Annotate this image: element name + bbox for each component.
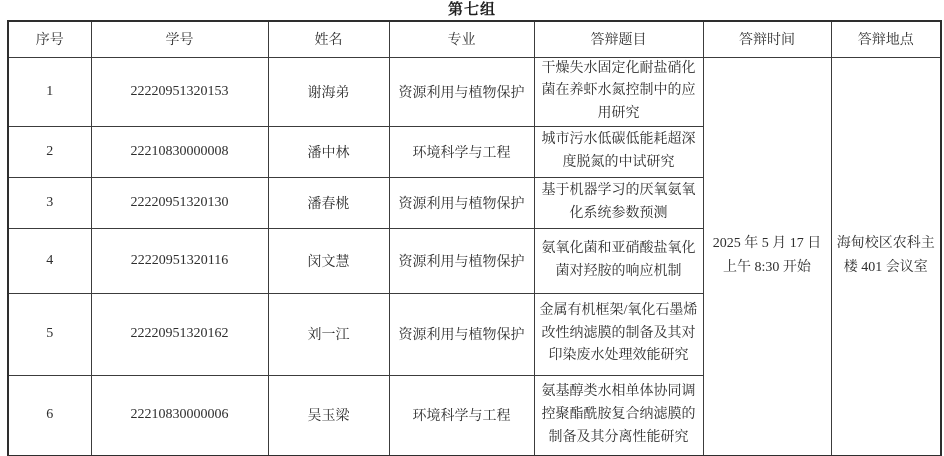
cell-no: 5 — [8, 293, 91, 375]
cell-topic: 基于机器学习的厌氧氨氧化系统参数预测 — [534, 177, 703, 228]
cell-student-id: 22210830000008 — [91, 126, 268, 177]
cell-student-id: 22220951320116 — [91, 228, 268, 293]
cell-no: 6 — [8, 375, 91, 456]
cell-student-id: 22210830000006 — [91, 375, 268, 456]
cell-no: 2 — [8, 126, 91, 177]
defense-schedule-table: 序号 学号 姓名 专业 答辩题目 答辩时间 答辩地点 1 22220951320… — [7, 20, 942, 456]
defense-time-cell: 2025 年 5 月 17 日 上午 8:30 开始 — [703, 57, 831, 456]
header-student-id: 学号 — [91, 21, 268, 57]
cell-topic: 金属有机框架/氧化石墨烯改性纳滤膜的制备及其对印染废水处理效能研究 — [534, 293, 703, 375]
header-topic: 答辩题目 — [534, 21, 703, 57]
cell-major: 环境科学与工程 — [389, 126, 534, 177]
cell-topic: 氨氧化菌和亚硝酸盐氧化菌对羟胺的响应机制 — [534, 228, 703, 293]
header-defense-time: 答辩时间 — [703, 21, 831, 57]
table-row: 1 22220951320153 谢海弟 资源利用与植物保护 干燥失水固定化耐盐… — [8, 57, 941, 126]
cell-name: 闵文慧 — [268, 228, 389, 293]
cell-no: 1 — [8, 57, 91, 126]
cell-topic: 氨基醇类水相单体协同调控聚酯酰胺复合纳滤膜的制备及其分离性能研究 — [534, 375, 703, 456]
cell-topic: 城市污水低碳低能耗超深度脱氮的中试研究 — [534, 126, 703, 177]
cell-name: 刘一江 — [268, 293, 389, 375]
header-defense-location: 答辩地点 — [831, 21, 941, 57]
cell-major: 资源利用与植物保护 — [389, 228, 534, 293]
cell-name: 潘春桃 — [268, 177, 389, 228]
cell-no: 4 — [8, 228, 91, 293]
document-page: 第七组 序号 学号 姓名 专业 答辩题目 答辩时间 答辩地点 1 — [0, 0, 944, 456]
group-title: 第七组 — [0, 2, 944, 19]
header-name: 姓名 — [268, 21, 389, 57]
cell-name: 谢海弟 — [268, 57, 389, 126]
table-header-row: 序号 学号 姓名 专业 答辩题目 答辩时间 答辩地点 — [8, 21, 941, 57]
cell-topic: 干燥失水固定化耐盐硝化菌在养虾水氮控制中的应用研究 — [534, 57, 703, 126]
cell-name: 吴玉梁 — [268, 375, 389, 456]
cell-major: 资源利用与植物保护 — [389, 57, 534, 126]
cell-no: 3 — [8, 177, 91, 228]
header-no: 序号 — [8, 21, 91, 57]
header-major: 专业 — [389, 21, 534, 57]
cell-student-id: 22220951320130 — [91, 177, 268, 228]
cell-name: 潘中林 — [268, 126, 389, 177]
cell-student-id: 22220951320162 — [91, 293, 268, 375]
cell-major: 资源利用与植物保护 — [389, 177, 534, 228]
cell-student-id: 22220951320153 — [91, 57, 268, 126]
defense-location-cell: 海甸校区农科主楼 401 会议室 — [831, 57, 941, 456]
cell-major: 资源利用与植物保护 — [389, 293, 534, 375]
cell-major: 环境科学与工程 — [389, 375, 534, 456]
